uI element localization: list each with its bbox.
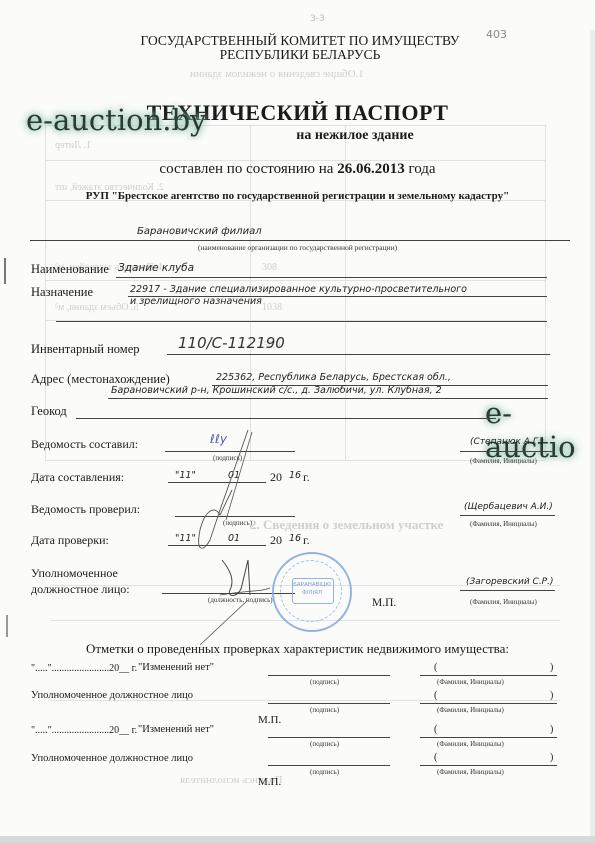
committee-line2: РЕСПУБЛИКИ БЕЛАРУСЬ [100,48,500,62]
stamp-text: БАРАНАВІЦКІ ФІЛІЯЛ [288,581,336,597]
agency-name: РУП "Брестское агентство по государствен… [0,190,595,202]
checked-year-suffix: г. [303,533,310,548]
official-label: Уполномоченное должностное лицо: [31,565,130,597]
check-name-line-3[interactable] [420,737,557,738]
compiled-date-label: Дата составления: [31,470,124,485]
check-paren-open-2: ( [434,690,437,701]
checked-name: (Щербацевич А.И.) [464,502,553,512]
inventory-underline [167,354,550,355]
check-name-caption-1: (Фамилия, Инициалы) [437,678,504,686]
bleed-row: 1. Литер [55,140,91,151]
date-suffix: года [408,161,435,177]
check-sign-line-1[interactable] [268,675,390,676]
compiled-year-suffix: г. [303,470,310,485]
bleed-section1: 1.Общие сведения о нежилом здании [190,68,364,80]
check-paren-close-3: ) [550,724,553,735]
official-name: (Загоревский С.Р.) [466,577,553,587]
official-stamp: БАРАНАВІЦКІ ФІЛІЯЛ [272,552,352,632]
bleed-value: 308 [262,262,277,273]
check-status-1: "Изменений нет" [138,662,214,673]
check-sign-line-3[interactable] [268,737,390,738]
check-paren-open-1: ( [434,662,437,673]
name-label: Наименование [31,262,109,277]
check-date-1[interactable]: ".....".......................20__ г. [31,663,137,674]
official-label-line1: Уполномоченное [31,565,130,581]
compiled-name-line [460,451,555,452]
checked-name-caption: (Фамилия, Инициалы) [470,520,537,528]
check-paren-open-4: ( [434,752,437,763]
check-paren-close-2: ) [550,690,553,701]
check-name-caption-4: (Фамилия, Инициалы) [437,768,504,776]
name-underline [116,277,547,278]
date-prefix: составлен по состоянию на [159,161,333,177]
geocode-underline[interactable] [76,418,496,419]
check-sign-caption-2: (подпись) [310,706,339,714]
document-date-line: составлен по состоянию на 26.06.2013 год… [0,161,595,178]
check-sign-line-2[interactable] [268,703,390,704]
name-value[interactable]: Здание клуба [118,262,194,274]
address-line1[interactable]: 225362, Республика Беларусь, Брестская о… [216,372,451,383]
organization-caption: (наименование организации по государстве… [0,243,595,252]
checked-date-label: Дата проверки: [31,533,109,548]
organization-value: Барановичский филиал [137,226,262,237]
checked-year[interactable]: 16 [289,533,301,544]
page-number-handwritten: 403 [486,28,507,41]
check-sign-caption-4: (подпись) [310,768,339,776]
check-name-caption-2: (Фамилия, Инициалы) [437,706,504,714]
compiled-year[interactable]: 16 [289,470,301,481]
purpose-underline2 [56,321,547,322]
signature-strokes [160,420,280,650]
check-official-2: Уполномоченное должностное лицо [31,690,193,701]
compiled-name: (Степанюк А.Г.) [470,437,544,447]
official-name-caption: (Фамилия, Инициалы) [470,598,537,606]
inventory-value[interactable]: 110/С-112190 [178,334,285,352]
purpose-label: Назначение [31,285,93,300]
check-stamp-2: М.П. [258,714,281,726]
checked-name-line [460,515,555,516]
check-sign-caption-1: (подпись) [310,678,339,686]
document-date: 26.06.2013 [337,161,405,177]
check-name-line-1[interactable] [420,675,557,676]
compiled-label: Ведомость составил: [31,437,138,452]
check-paren-open-3: ( [434,724,437,735]
check-name-line-4[interactable] [420,765,557,766]
address-line2[interactable]: Барановичский р-н, Крошинский с/с., д. З… [111,385,442,396]
organization-underline [30,240,570,241]
bleed-value: 1038 [262,302,282,313]
check-name-caption-3: (Фамилия, Инициалы) [437,740,504,748]
check-paren-close-1: ) [550,662,553,673]
bleed-row: 5. Объем здания, м³ [55,302,138,313]
checked-label: Ведомость проверил: [31,502,140,517]
geocode-label: Геокод [31,404,67,419]
purpose-line1[interactable]: 22917 - Здание специализированное культу… [130,284,467,295]
check-status-3: "Изменений нет" [138,724,214,735]
check-date-3[interactable]: ".....".......................20__ г. [31,725,137,736]
binding-mark [4,258,6,284]
checks-title: Отметки о проведенных проверках характер… [0,641,595,657]
bleed-table-line [45,280,545,281]
top-handwritten-mark: 3-3 [310,14,325,24]
committee-title: ГОСУДАРСТВЕННЫЙ КОМИТЕТ ПО ИМУЩЕСТВУ РЕС… [100,34,500,62]
binding-mark [6,615,8,637]
scan-bottom-edge [0,836,595,843]
watermark-e-auction-right: e-auctio [485,396,595,464]
purpose-line2[interactable]: и зрелищного назначения [130,296,262,307]
check-stamp-4: М.П. [258,776,281,788]
check-sign-caption-3: (подпись) [310,740,339,748]
address-underline2 [108,398,548,399]
check-sign-line-4[interactable] [268,765,390,766]
watermark-e-auction: e-auction.by [26,103,206,137]
check-official-4: Уполномоченное должностное лицо [31,753,193,764]
compiled-name-caption: (Фамилия, Инициалы) [470,457,537,465]
committee-line1: ГОСУДАРСТВЕННЫЙ КОМИТЕТ ПО ИМУЩЕСТВУ [100,34,500,48]
inventory-label: Инвентарный номер [31,342,140,357]
check-name-line-2[interactable] [420,703,557,704]
check-paren-close-4: ) [550,752,553,763]
official-name-line [460,590,555,591]
stamp-mark-label: М.П. [372,597,396,609]
official-label-line2: должностное лицо: [31,581,130,597]
